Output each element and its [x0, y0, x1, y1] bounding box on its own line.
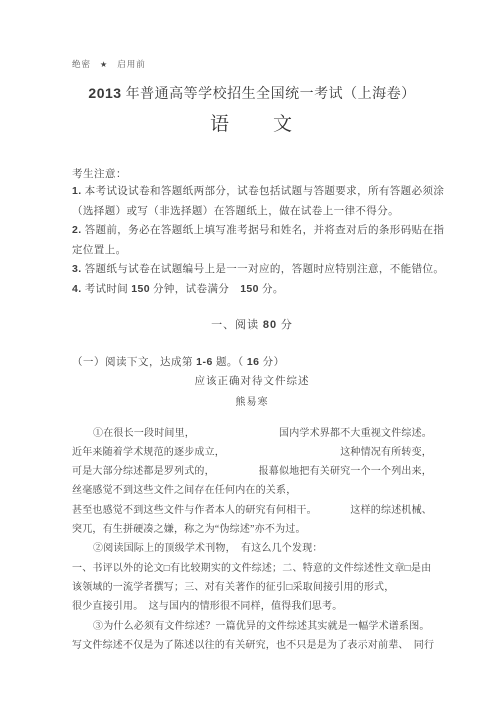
body-line-left: 近年来随着学术规范的逐步成立， [72, 443, 225, 462]
notice-line: 4. 考试时间 150 分钟，试卷满分 150 分。 [72, 280, 432, 300]
notice-heading: 考生注意： [72, 166, 432, 182]
body-line: 一、书评以外的论文□有比较期实的文件综述；二、特意的文件综述性文章□是由 [72, 559, 432, 578]
pre-use-label: 启用前 [117, 58, 146, 70]
body-line-left: 该领域的一流学者撰写；三、对有关著作的征引□采取间接引用的形式， [72, 578, 394, 597]
essay-body: ①在很长一段时间里， 国内学术界都不大重视文件综述。 近年来随着学术规范的逐步成… [72, 424, 432, 656]
body-line-left: 丝毫感觉不到这些文件之间存在任何内在的关系， [72, 481, 296, 500]
body-line: 甚至也感觉不到这些文件与作者本人的研究有何相干。 这样的综述机械、 [72, 501, 432, 520]
body-line-left: 一、书评以外的论文□有比较期实的文件综述；二、特意的文件综述性文章□是由 [72, 559, 431, 578]
body-line-right: 国内学术界都不大重视文件综述。 [279, 424, 432, 443]
exam-title: 2013 年普通高等学校招生全国统一考试（上海卷） [72, 83, 432, 101]
body-line-right: 报幕似地把有关研究一个一个列出来， [259, 462, 432, 481]
body-line: ③为什么必须有文件综述？一篇优异的文件综述其实就是一幅学术谱系图。 [72, 617, 432, 636]
body-line: 突兀，有生拼硬凑之嫌，称之为“伪综述”亦不为过。 [72, 520, 432, 539]
notice-line: （选择题）或写（非选择题）在答题纸上，做在试卷上一律不得分。 [72, 202, 432, 222]
classification-label: 绝密 [72, 58, 91, 70]
body-line: 写文件综述不仅是为了陈述以往的有关研究， 也不只是是为了表示对前辈、 同行 [72, 636, 432, 655]
exam-paper-page: 绝密 ★ 启用前 2013 年普通高等学校招生全国统一考试（上海卷） 语 文 考… [0, 0, 500, 707]
essay-title: 应该正确对待文件综述 [72, 372, 432, 392]
part-one-intro: （一）阅读下文，达成第 1-6 题。（ 16 分） [72, 354, 432, 372]
notice-line: 1. 本考试设试卷和答题纸两部分，试卷包括试题与答题要求，所有答题必须涂 [72, 182, 432, 202]
body-line: 很少直接引用。 这与国内的情形很不同样，值得我们思考。 [72, 597, 432, 616]
subject-title: 语 文 [72, 109, 432, 135]
body-line-left: 写文件综述不仅是为了陈述以往的有关研究， [72, 636, 276, 655]
notice-list: 1. 本考试设试卷和答题纸两部分，试卷包括试题与答题要求，所有答题必须涂 （选择… [72, 182, 432, 300]
essay-author: 熊易寒 [72, 392, 432, 414]
body-line: ②阅读国际上的顶级学术刊物， 有这么几个发现： [72, 539, 432, 558]
notice-line: 3. 答题纸与试卷在试题编号上是一一对应的，答题时应特别注意，不能错位。 [72, 260, 432, 280]
notice-line: 定位置上。 [72, 241, 432, 261]
body-line-right: 这种情况有所转变， [340, 443, 432, 462]
body-line: ①在很长一段时间里， 国内学术界都不大重视文件综述。 [72, 424, 432, 443]
body-line-left: 很少直接引用。 这与国内的情形很不同样，值得我们思考。 [72, 597, 342, 616]
body-line: 近年来随着学术规范的逐步成立， 这种情况有所转变， [72, 443, 432, 462]
classification-line: 绝密 ★ 启用前 [72, 58, 432, 70]
body-line: 可是大部分综述都是罗列式的， 报幕似地把有关研究一个一个列出来， [72, 462, 432, 481]
body-line-left: ①在很长一段时间里， [72, 424, 195, 443]
body-line: 丝毫感觉不到这些文件之间存在任何内在的关系， [72, 481, 432, 500]
body-line-right: 这样的综述机械、 [350, 501, 432, 520]
body-line: 该领域的一流学者撰写；三、对有关著作的征引□采取间接引用的形式， [72, 578, 432, 597]
body-line-left: 可是大部分综述都是罗列式的， [72, 462, 215, 481]
section-heading-reading: 一、阅读 80 分 [72, 316, 432, 334]
star-icon: ★ [100, 60, 108, 69]
body-line-left: 突兀，有生拼硬凑之嫌，称之为“伪综述”亦不为过。 [72, 520, 306, 539]
body-line-left: ②阅读国际上的顶级学术刊物， 有这么几个发现： [72, 539, 323, 558]
notice-line: 2. 答题前，务必在答题纸上填写准考据号和姓名，并将查对后的条形码贴在指 [72, 221, 432, 241]
body-line-right: 也不只是是为了表示对前辈、 同行 [276, 636, 434, 655]
body-line-left: 甚至也感觉不到这些文件与作者本人的研究有何相干。 [72, 501, 317, 520]
body-line-left: ③为什么必须有文件综述？一篇优异的文件综述其实就是一幅学术谱系图。 [72, 617, 430, 636]
